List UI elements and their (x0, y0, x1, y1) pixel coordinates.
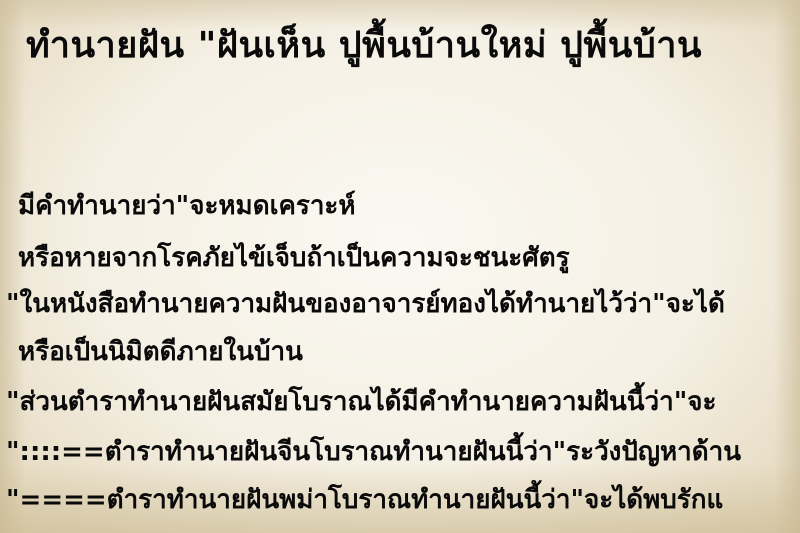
text-line: "====ตำราทำนายฝันพม่าโบราณทำนายฝันนี้ว่า… (6, 480, 723, 520)
text-line: "::::==ตำราทำนายฝันจีนโบราณทำนายฝันนี้ว่… (6, 432, 741, 472)
paper-edge-right (774, 0, 800, 533)
text-line: "ส่วนตำราทำนายฝันสมัยโบราณได้มีคำทำนายคว… (6, 382, 716, 422)
text-line: "ในหนังสือทำนายความฝันของอาจารย์ทองได้ทำ… (6, 284, 725, 324)
text-line: หรือเป็นนิมิตดีภายในบ้าน (18, 332, 303, 372)
text-line: มีคำทำนายว่า"จะหมดเคราะห์ (18, 186, 356, 226)
text-line: หรือหายจากโรคภัยไข้เจ็บถ้าเป็นความจะชนะศ… (18, 238, 570, 278)
page-title: ทำนายฝัน "ฝันเห็น ปูพื้นบ้านใหม่ ปูพื้นบ… (26, 18, 702, 74)
